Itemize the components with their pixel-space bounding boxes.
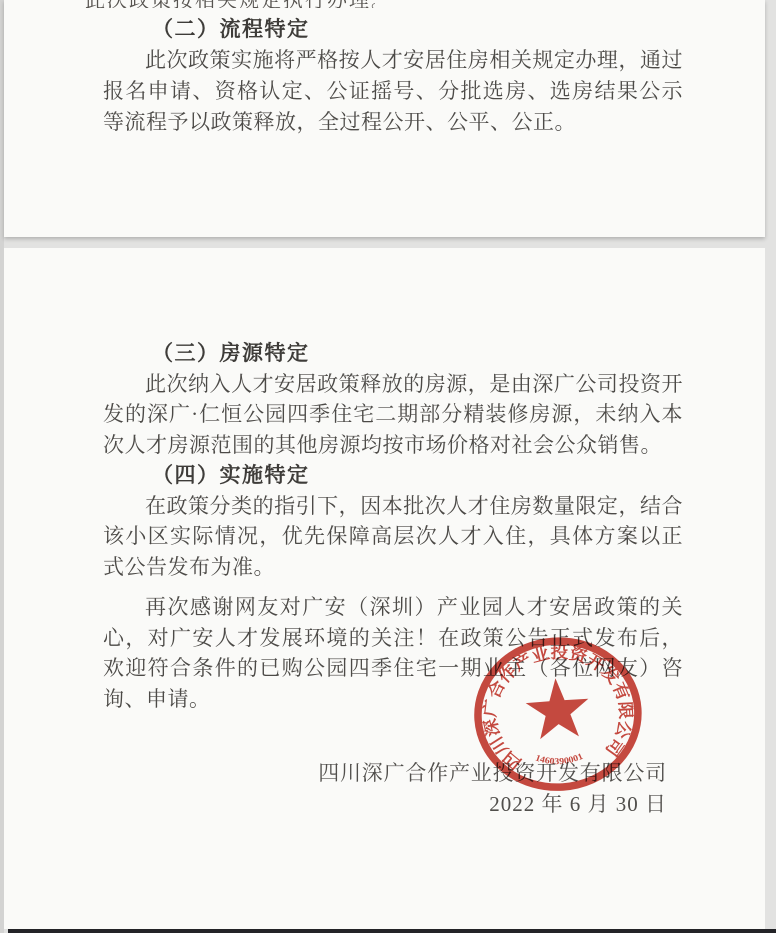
seal-code: 1460390001 [533,749,585,768]
section-heading-4: （四）实施特定 [103,460,683,491]
section-heading-3: （三）房源特定 [103,338,683,369]
document-page-1: 此次政策按相关规定执行办理。 （二）流程特定 此次政策实施将严格按人才安居住房相… [4,0,765,237]
document-page-2: （三）房源特定 此次纳入人才安居政策释放的房源，是由深广公司投资开发的深广·仁恒… [4,248,765,929]
section-heading-2: （二）流程特定 [103,14,683,45]
section-4-paragraph-1: 在政策分类的指引下，因本批次人才住房数量限定，结合该小区实际情况，优先保障高层次… [103,491,683,583]
bottom-edge-bar [8,929,776,933]
scanned-document-view: 此次政策按相关规定执行办理。 （二）流程特定 此次政策实施将严格按人才安居住房相… [0,0,776,933]
clipped-text-line: 此次政策按相关规定执行办理。 [85,0,375,8]
company-seal-stamp-icon: 四川深广合作产业投资开发有限公司 1460390001 [461,614,660,817]
section-3-paragraph: 此次纳入人才安居政策释放的房源，是由深广公司投资开发的深广·仁恒公园四季住宅二期… [103,369,683,461]
svg-text:1460390001: 1460390001 [533,749,585,768]
section-2-paragraph: 此次政策实施将严格按人才安居住房相关规定办理，通过报名申请、资格认定、公证摇号、… [103,45,683,138]
seal-star-icon [524,676,591,740]
